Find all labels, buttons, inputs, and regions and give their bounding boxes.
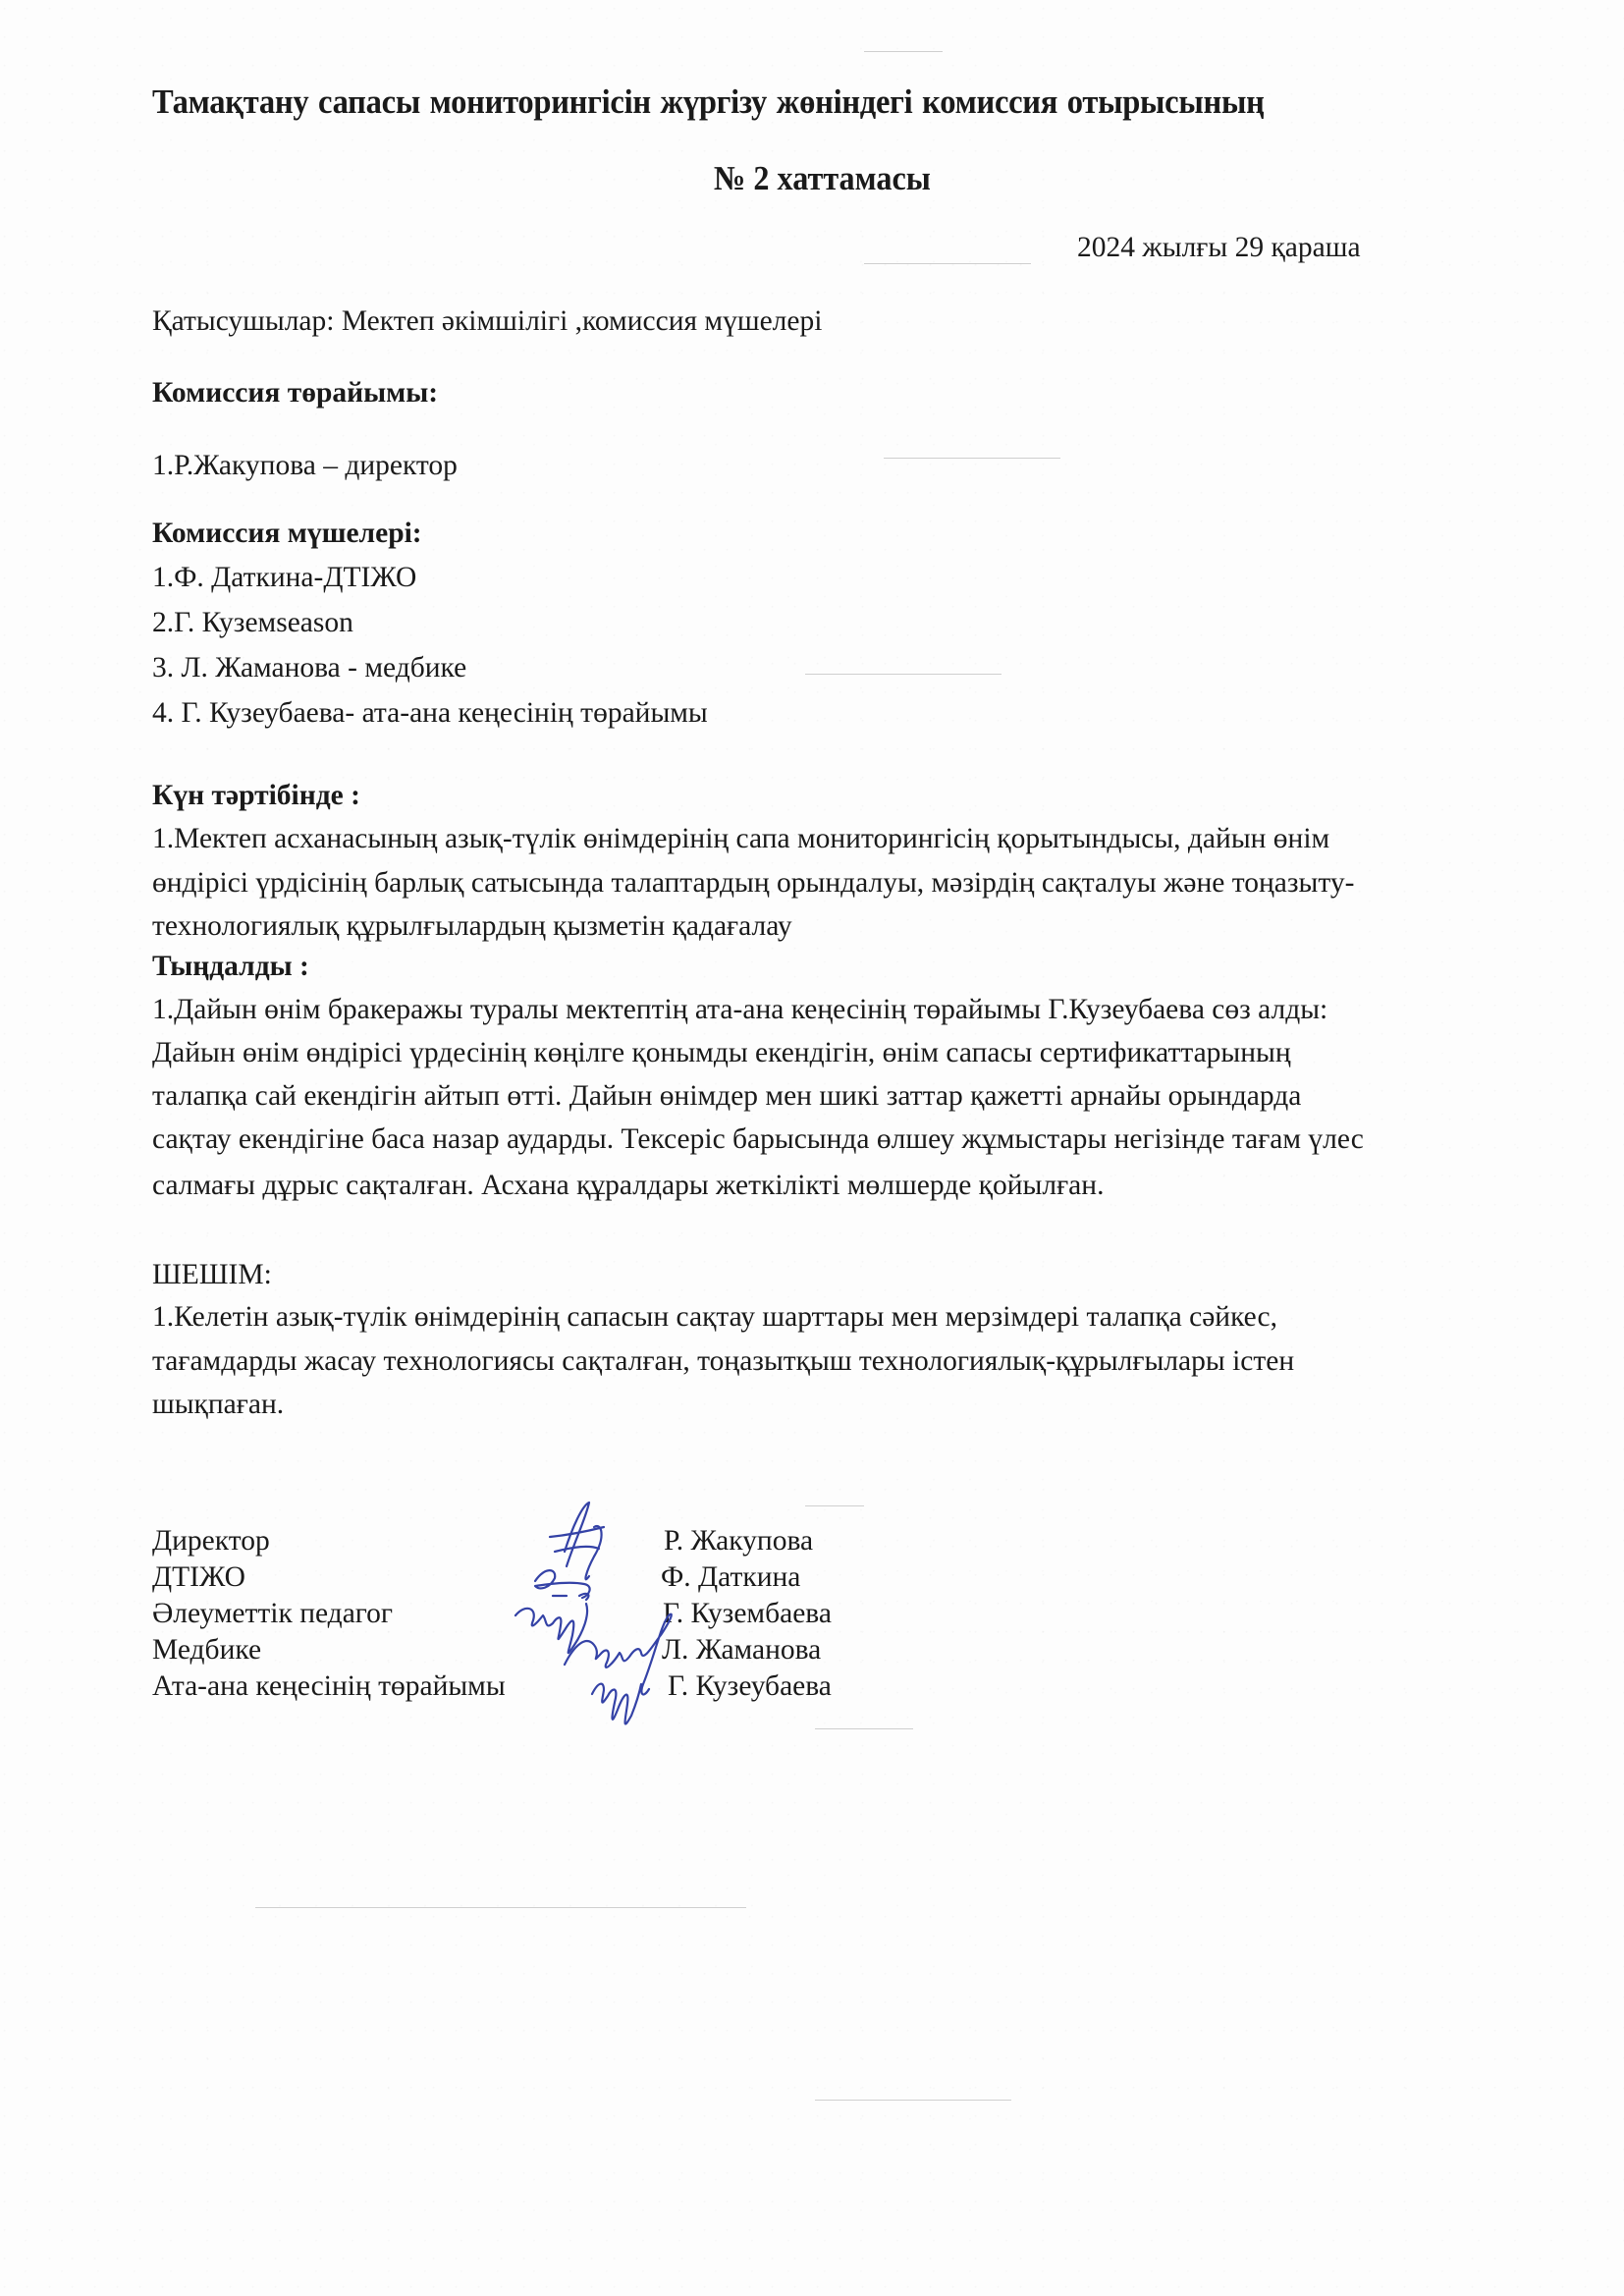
signatory-name: Г. Кузеубаева (668, 1670, 832, 1703)
signatory-role: Директор (152, 1525, 270, 1558)
decision-line: 1.Келетін азық-түлік өнімдерінің сапасын… (152, 1303, 1277, 1333)
agenda-line: 1.Мектеп асханасының азық-түлік өнімдері… (152, 825, 1329, 854)
signatory-role: Медбике (152, 1634, 261, 1667)
agenda-line: технологиялық құрылғылардың қызметін қад… (152, 912, 792, 942)
listened-line: салмағы дұрыс сақталған. Асхана құралдар… (152, 1172, 1104, 1201)
scan-artifact (864, 263, 1031, 264)
chair-heading: Комиссия төрайымы: (152, 379, 438, 409)
chair-line: 1.Р.Жакупова – директор (152, 452, 458, 481)
agenda-line: өндірісі үрдісінің барлық сатысында тала… (152, 869, 1354, 899)
signatory-role: ДТІЖО (152, 1561, 245, 1594)
decision-heading: ШЕШІМ: (152, 1261, 272, 1290)
participants-line: Қатысушылар: Мектеп әкімшілігі ,комиссия… (152, 307, 822, 337)
member-item: 1.Ф. Даткина-ДТІЖО (152, 564, 416, 593)
signatory-name: Л. Жаманова (662, 1634, 821, 1667)
member-item: 4. Г. Кузеубаева- ата-ана кеңесінің төра… (152, 699, 708, 729)
member-item: 2.Г. Куземseason (152, 609, 353, 638)
member-item: 3. Л. Жаманова - медбике (152, 654, 466, 683)
document-title: Тамақтану сапасы мониторингісін жүргізу … (152, 82, 1417, 122)
handwritten-signatures (496, 1498, 682, 1733)
signatory-name: Г. Кузембаева (663, 1598, 832, 1630)
protocol-number: № 2 хаттамасы (714, 159, 931, 198)
scan-artifact (815, 2100, 1011, 2101)
decision-line: шықпаған. (152, 1391, 284, 1420)
members-heading: Комиссия мүшелері: (152, 519, 422, 549)
scan-artifact (255, 1907, 746, 1908)
listened-line: талапқа сай екендігін айтып өтті. Дайын … (152, 1082, 1301, 1112)
signatory-role: Әлеуметтік педагог (152, 1598, 393, 1630)
listened-line: 1.Дайын өнім бракеражы туралы мектептің … (152, 996, 1327, 1025)
listened-line: Дайын өнім өндірісі үрдесінің көңілге қо… (152, 1039, 1291, 1068)
decision-line: тағамдарды жасау технологиясы сақталған,… (152, 1347, 1294, 1377)
listened-heading: Тыңдалды : (152, 953, 309, 982)
scan-artifact (805, 674, 1001, 675)
signature-parent-council (592, 1684, 641, 1724)
scan-artifact (815, 1728, 913, 1729)
agenda-heading: Күн тәртібінде : (152, 782, 360, 811)
scan-artifact (884, 458, 1060, 459)
signature-director (535, 1503, 604, 1600)
listened-line: сақтау екендігіне баса назар аударды. Те… (152, 1125, 1364, 1155)
scanned-document-page: Тамақтану сапасы мониторингісін жүргізу … (0, 0, 1624, 2296)
signatory-role: Ата-ана кеңесінің төрайымы (152, 1670, 506, 1703)
scan-artifact (805, 1505, 864, 1506)
signatory-name: Р. Жакупова (664, 1525, 813, 1558)
scan-artifact (864, 51, 943, 52)
document-date: 2024 жылғы 29 қараша (1077, 232, 1361, 264)
signature-nurse (565, 1614, 672, 1695)
